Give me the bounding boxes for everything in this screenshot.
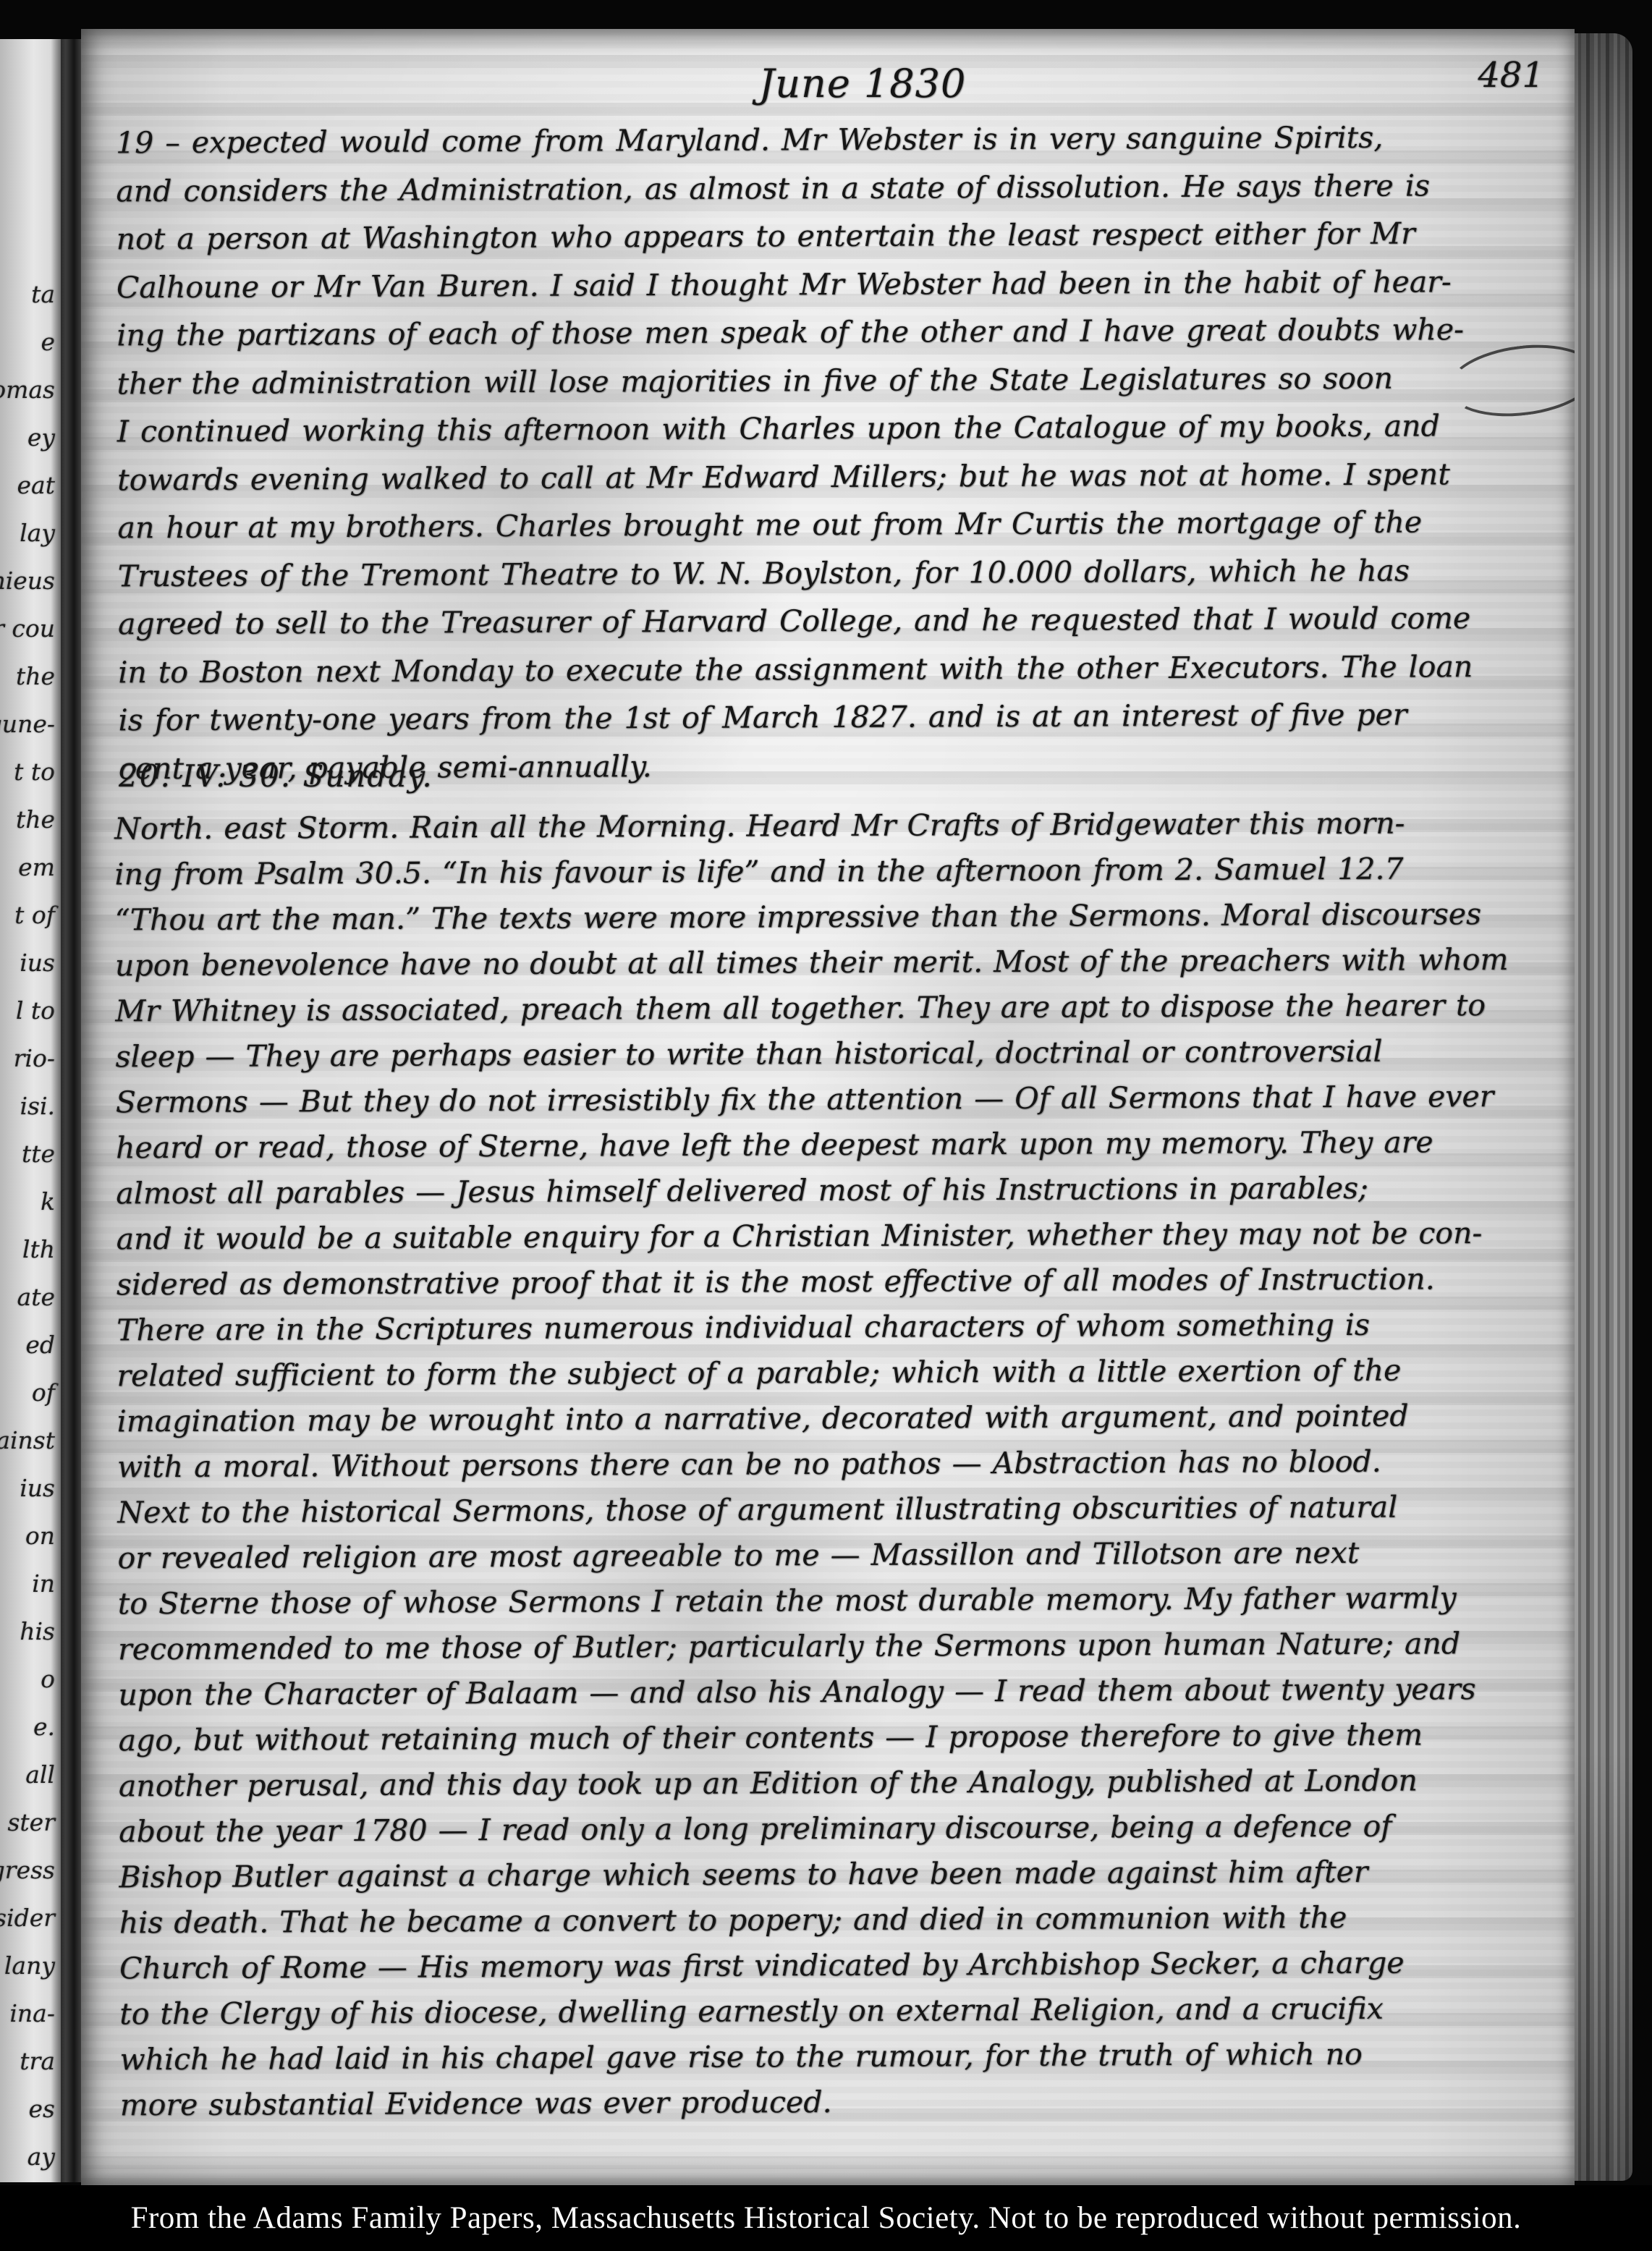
manuscript-line: Bishop Butler against a charge which see… <box>119 1849 1564 1901</box>
previous-page-fragment: tra <box>20 2049 55 2073</box>
entry-20-heading: 20. IV: 30. Sunday. <box>119 758 433 794</box>
previous-page-fragment: l to <box>16 999 55 1022</box>
previous-page-fragment: t of <box>14 903 55 927</box>
previous-page-fragment: ius <box>20 951 55 975</box>
manuscript-line: North. east Storm. Rain all the Morning.… <box>114 800 1560 852</box>
manuscript-line: imagination may be wrought into a narrat… <box>117 1393 1563 1445</box>
manuscript-line: There are in the Scriptures numerous ind… <box>117 1302 1562 1354</box>
manuscript-line: to Sterne those of whose Sermons I retai… <box>118 1575 1564 1627</box>
manuscript-line: Calhoune or Mr Van Buren. I said I thoug… <box>117 257 1562 311</box>
previous-page-fragment: em <box>18 855 55 879</box>
manuscript-line: 19 – expected would come from Maryland. … <box>116 113 1562 167</box>
previous-page-fragment: ster <box>7 1810 55 1834</box>
previous-page-fragment: gune- <box>0 712 55 736</box>
manuscript-line: Mr Whitney is associated, preach them al… <box>115 983 1561 1035</box>
manuscript-line: which he had laid in his chapel gave ris… <box>119 2031 1565 2083</box>
manuscript-page: June 1830 481 19 – expected would come f… <box>81 29 1575 2185</box>
manuscript-line: ago, but without retaining much of their… <box>119 1712 1564 1764</box>
manuscript-line: or revealed religion are most agreeable … <box>117 1530 1563 1582</box>
diary-entry-20: North. east Storm. Rain all the Morning.… <box>114 800 1566 2129</box>
book-fore-edge <box>1575 33 1632 2181</box>
previous-page-fragment: rio- <box>14 1046 55 1070</box>
previous-page-fragment: the <box>16 807 55 831</box>
previous-page-fragment: t to <box>14 760 55 784</box>
manuscript-line: not a person at Washington who appears t… <box>117 209 1562 263</box>
manuscript-line: another perusal, and this day took up an… <box>119 1758 1564 1810</box>
manuscript-line: sidered as demonstrative proof that it i… <box>117 1256 1562 1308</box>
attribution-band: From the Adams Family Papers, Massachuse… <box>0 2185 1652 2251</box>
previous-page-fragment: the <box>16 664 55 688</box>
manuscript-line: Next to the historical Sermons, those of… <box>117 1484 1563 1536</box>
previous-page-fragment: ius <box>20 1476 55 1500</box>
diary-entry-19: 19 – expected would come from Maryland. … <box>116 113 1564 793</box>
manuscript-line: I continued working this afternoon with … <box>117 402 1563 456</box>
manuscript-line: “Thou art the man.” The texts were more … <box>115 891 1561 944</box>
month-header: June 1830 <box>682 61 1043 106</box>
manuscript-line: ther the administration will lose majori… <box>117 353 1562 407</box>
manuscript-line: more substantial Evidence was ever produ… <box>120 2077 1566 2129</box>
previous-page-fragment: ainst <box>0 1428 55 1452</box>
manuscript-line: towards evening walked to call at Mr Edw… <box>117 449 1563 504</box>
manuscript-line: ing from Psalm 30.5. “In his favour is l… <box>114 846 1560 898</box>
manuscript-line: heard or read, those of Sterne, have lef… <box>116 1119 1562 1171</box>
previous-page-fragment: his <box>20 1619 55 1643</box>
previous-page-fragment: omas <box>0 378 55 402</box>
previous-page-fragment: ina- <box>9 2001 55 2025</box>
manuscript-line: and considers the Administration, as alm… <box>116 161 1562 215</box>
previous-page-fragment: lany <box>4 1954 55 1977</box>
manuscript-line: almost all parables — Jesus himself deli… <box>116 1165 1562 1217</box>
manuscript-line: an hour at my brothers. Charles brought … <box>117 498 1563 552</box>
previous-page-fragment: ate <box>17 1285 55 1309</box>
manuscript-line: related sufficient to form the subject o… <box>117 1347 1562 1399</box>
previous-page-fragment: eat <box>17 473 55 497</box>
previous-page-fragment: lay <box>20 521 55 545</box>
manuscript-line: about the year 1780 — I read only a long… <box>119 1803 1564 1855</box>
previous-page-fragment: sider <box>0 1906 55 1930</box>
manuscript-line: recommended to me those of Butler; parti… <box>118 1621 1564 1673</box>
manuscript-line: ing the partizans of each of those men s… <box>117 305 1562 360</box>
manuscript-line: Church of Rome — His memory was first vi… <box>119 1940 1565 1992</box>
manuscript-line: with a moral. Without persons there can … <box>117 1438 1563 1491</box>
manuscript-line: in to Boston next Monday to execute the … <box>118 642 1564 696</box>
manuscript-line: upon the Character of Balaam — and also … <box>118 1666 1564 1718</box>
attribution-caption: From the Adams Family Papers, Massachuse… <box>131 2200 1522 2236</box>
manuscript-line: Trustees of the Tremont Theatre to W. N.… <box>118 546 1564 600</box>
manuscript-scan: { "header": { "month": "June 1830", "pag… <box>0 0 1652 2251</box>
manuscript-line: and it would be a suitable enquiry for a… <box>116 1211 1562 1263</box>
manuscript-line: to the Clergy of his diocese, dwelling e… <box>119 1985 1565 2038</box>
manuscript-line: agreed to sell to the Treasurer of Harva… <box>118 594 1564 648</box>
manuscript-line: upon benevolence have no doubt at all ti… <box>115 937 1561 989</box>
manuscript-line: his death. That he became a convert to p… <box>119 1894 1565 1946</box>
manuscript-line: is for twenty-one years from the 1st of … <box>118 690 1564 745</box>
previous-page-fragment: r cou <box>0 616 55 640</box>
manuscript-line: sleep — They are perhaps easier to write… <box>115 1028 1561 1080</box>
previous-page-fragment: nieus <box>0 569 55 593</box>
page-number: 481 <box>1478 55 1544 96</box>
manuscript-line: Sermons — But they do not irresistibly f… <box>116 1074 1562 1126</box>
previous-page-fragment: gress <box>0 1858 55 1882</box>
previous-page-fragment: isi. <box>20 1094 55 1118</box>
